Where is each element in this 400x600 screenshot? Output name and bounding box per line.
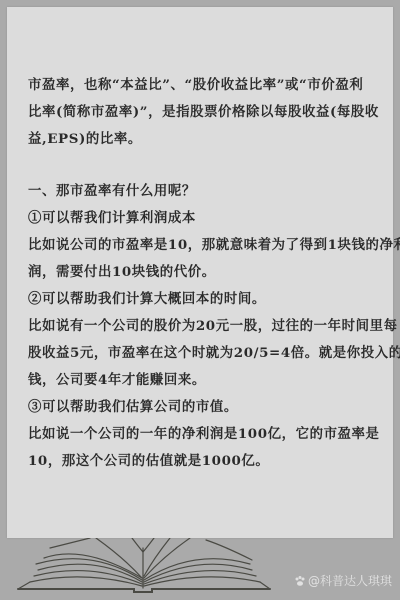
point-title: ③可以帮助我们估算公司的市值。: [28, 394, 378, 421]
point-body-line: 润，需要付出10块钱的代价。: [28, 259, 378, 286]
watermark-text: @科普达人琪琪: [308, 572, 392, 589]
point-3: ③可以帮助我们估算公司的市值。 比如说一个公司的一年的净利润是100亿，它的市盈…: [28, 394, 378, 475]
intro-paragraph: 市盈率，也称“本益比”、“股价收益比率”或“市价盈利 比率(简称市盈率)”，是指…: [28, 72, 378, 153]
paw-icon: [294, 575, 306, 587]
section-heading: 一、那市盈率有什么用呢？: [28, 178, 378, 205]
document-content: 市盈率，也称“本益比”、“股价收益比率”或“市价盈利 比率(简称市盈率)”，是指…: [28, 72, 378, 475]
point-body-line: 比如说公司的市盈率是10，那就意味着为了得到1块钱的净利: [28, 232, 378, 259]
point-body-line: 比如说有一个公司的股价为20元一股，过往的一年时间里每: [28, 313, 378, 340]
point-body-line: 股收益5元，市盈率在这个时就为20/5=4倍。就是你投入的: [28, 340, 378, 367]
watermark: @科普达人琪琪: [294, 572, 392, 589]
point-body-line: 比如说一个公司的一年的净利润是100亿，它的市盈率是: [28, 421, 378, 448]
point-1: ①可以帮我们计算利润成本 比如说公司的市盈率是10，那就意味着为了得到1块钱的净…: [28, 205, 378, 286]
point-2: ②可以帮助我们计算大概回本的时间。 比如说有一个公司的股价为20元一股，过往的一…: [28, 286, 378, 394]
point-body-line: 钱，公司要4年才能赚回来。: [28, 367, 378, 394]
spacer: [28, 153, 378, 178]
point-title: ②可以帮助我们计算大概回本的时间。: [28, 286, 378, 313]
point-body-line: 10，那这个公司的估值就是1000亿。: [28, 448, 378, 475]
section-heading-text: 一、那市盈率有什么用呢？: [28, 178, 378, 205]
intro-line: 益,EPS)的比率。: [28, 126, 378, 153]
intro-line: 比率(简称市盈率)”，是指股票价格除以每股收益(每股收: [28, 99, 378, 126]
intro-line: 市盈率，也称“本益比”、“股价收益比率”或“市价盈利: [28, 72, 378, 99]
document-card: 市盈率，也称“本益比”、“股价收益比率”或“市价盈利 比率(简称市盈率)”，是指…: [7, 7, 393, 538]
open-book-icon: [14, 538, 274, 598]
point-title: ①可以帮我们计算利润成本: [28, 205, 378, 232]
